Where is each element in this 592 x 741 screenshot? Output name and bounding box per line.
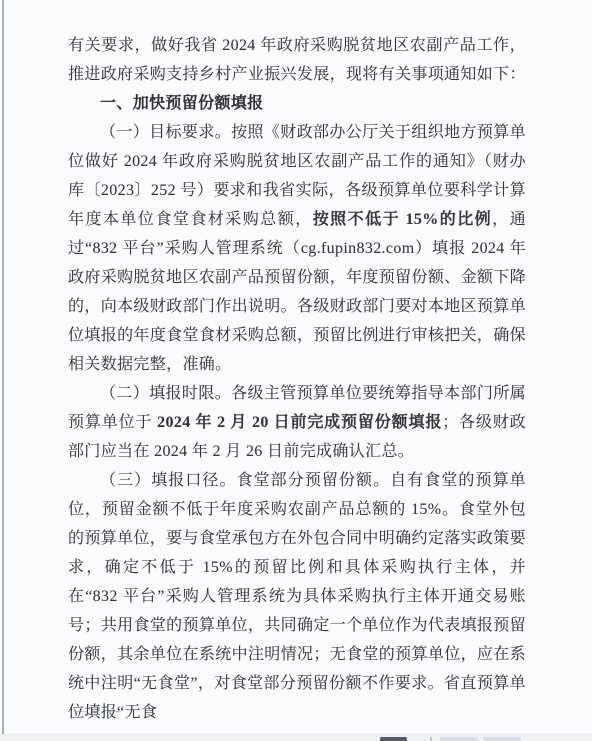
- document-page: 有关要求，做好我省 2024 年政府采购脱贫地区农副产品工作，推进政府采购支持乡…: [0, 0, 592, 741]
- paragraph-target-requirements: （一）目标要求。按照《财政部办公厅关于组织地方预算单位做好 2024 年政府采购…: [68, 118, 526, 379]
- paragraph-1-text-cont: ，通过“832 平台”采购人管理系统（cg.fupin832.com）填报 20…: [68, 211, 526, 373]
- paragraph-1-bold-ratio: 按照不低于 15%的比例: [313, 211, 492, 228]
- paragraph-intro: 有关要求，做好我省 2024 年政府采购脱贫地区农副产品工作，推进政府采购支持乡…: [68, 31, 526, 89]
- toolbar-button-2[interactable]: [483, 737, 521, 741]
- paragraph-2-bold-deadline: 2024 年 2 月 20 日前完成预留份额填报: [157, 414, 442, 431]
- document-content: 有关要求，做好我省 2024 年政府采购脱贫地区农副产品工作，推进政府采购支持乡…: [68, 31, 526, 727]
- paragraph-reporting-scope: （三）填报口径。食堂部分预留份额。自有食堂的预算单位，预留金额不低于年度采购农副…: [68, 466, 526, 727]
- viewer-toolbar-partial: [0, 734, 592, 741]
- toolbar-separator: [430, 737, 432, 741]
- paragraph-deadline: （二）填报时限。各级主管预算单位要统筹指导本部门所属预算单位于 2024 年 2…: [68, 379, 526, 466]
- section-heading: 一、加快预留份额填报: [68, 89, 526, 118]
- toolbar-button-1[interactable]: [440, 737, 478, 741]
- toolbar-active-button[interactable]: [380, 737, 407, 741]
- page-number: — 2 —: [74, 703, 123, 719]
- page-left-border: [2, 0, 4, 734]
